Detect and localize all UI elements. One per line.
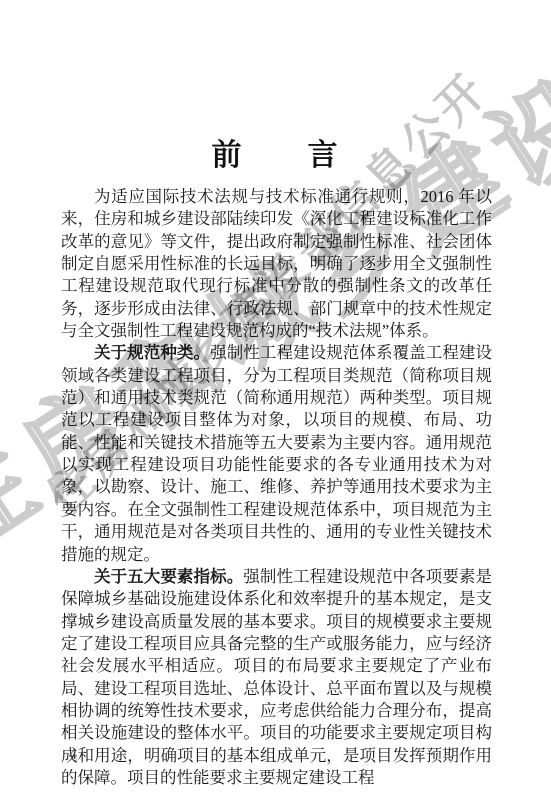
document-page: 住房和城乡建设部信息公开 住房和城乡建设部信息公开 前 言 为适应国际技术法规与… bbox=[0, 0, 551, 798]
paragraph-intro-text: 为适应国际技术法规与技术标准通行规则，2016 年以来，住房和城乡建设部陆续印发… bbox=[61, 187, 492, 340]
paragraph-five-elements: 关于五大要素指标。强制性工程建设规范中各项要素是保障城乡基础设施建设体系化和效率… bbox=[61, 566, 492, 789]
paragraph-norm-types: 关于规范种类。强制性工程建设规范体系覆盖工程建设领域各类建设工程项目，分为工程项… bbox=[61, 342, 492, 565]
paragraph-norm-types-lead: 关于规范种类。 bbox=[94, 344, 210, 362]
page-number: 4 bbox=[69, 746, 77, 764]
document-body: 为适应国际技术法规与技术标准通行规则，2016 年以来，住房和城乡建设部陆续印发… bbox=[61, 186, 492, 789]
paragraph-norm-types-text: 强制性工程建设规范体系覆盖工程建设领域各类建设工程项目，分为工程项目类规范（简称… bbox=[61, 343, 492, 563]
page-title: 前 言 bbox=[0, 130, 551, 174]
paragraph-five-elements-lead: 关于五大要素指标。 bbox=[94, 568, 243, 586]
paragraph-intro: 为适应国际技术法规与技术标准通行规则，2016 年以来，住房和城乡建设部陆续印发… bbox=[61, 186, 492, 342]
paragraph-five-elements-text: 强制性工程建设规范中各项要素是保障城乡基础设施建设体系化和效率提升的基本规定，是… bbox=[61, 567, 492, 787]
